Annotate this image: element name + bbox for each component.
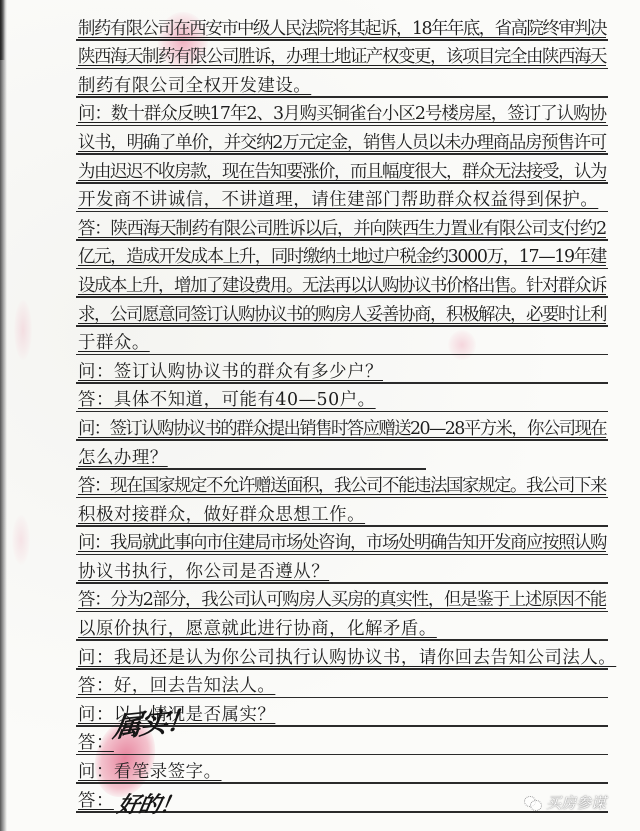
- underline-rule: [76, 211, 608, 213]
- record-line-text: 以原价执行，愿意就此进行协商，化解矛盾。: [78, 619, 437, 639]
- record-line: 亿元，造成开发成本上升，同时缴纳土地过户税金约3000万，17—19年建: [78, 243, 608, 272]
- record-line-text: 答：分为2部分，我公司认可购房人买房的真实性，但是鉴于上述原因不能: [78, 590, 606, 610]
- record-line-text: 积极对接群众，做好群众思想工作。: [78, 505, 365, 525]
- underline-rule: [76, 582, 608, 584]
- scan-left-edge-shadow: [0, 0, 7, 831]
- record-line-text: 答：具体不知道，可能有40—50户。: [78, 390, 376, 410]
- record-line: 问：签订认购协议书的群众有多少户？: [78, 357, 608, 386]
- record-line: 制药有限公司全权开发建设。: [78, 71, 608, 100]
- record-line: 答：好，回去告知法人。: [78, 672, 608, 701]
- underline-rule: [76, 68, 608, 70]
- underline-rule: [76, 153, 608, 155]
- record-line: 怎么办理？: [78, 443, 608, 472]
- underline-rule: [76, 468, 426, 470]
- record-line-text: 亿元，造成开发成本上升，同时缴纳土地过户税金约3000万，17—19年建: [78, 247, 606, 267]
- record-line: 答：分为2部分，我公司认可购房人买房的真实性，但是鉴于上述原因不能: [78, 586, 608, 615]
- underline-rule: [76, 639, 608, 641]
- record-line: 于群众。: [78, 329, 608, 358]
- record-line-text: 问：签订认购协议书的群众提出销售时答应赠送20—28平方米，你公司现在: [78, 419, 606, 439]
- record-line-text: 为由迟迟不收房款，现在告知要涨价，而且幅度很大，群众无法接受，认为: [78, 162, 606, 182]
- underline-rule: [76, 382, 608, 384]
- record-line-text: 问：数十群众反映17年2、3月购买铜雀台小区2号楼房屋，签订了认购协: [78, 104, 606, 124]
- record-line: 答：现在国家规定不允许赠送面积，我公司不能违法国家规定。我公司下来: [78, 472, 608, 501]
- underline-rule: [76, 125, 608, 127]
- record-line-text: 问：我局就此事向市住建局市场处咨询，市场处明确告知开发商应按照认购: [78, 533, 606, 553]
- underline-rule: [76, 525, 608, 527]
- record-line: 问：签订认购协议书的群众提出销售时答应赠送20—28平方米，你公司现在: [78, 414, 608, 443]
- record-lines: 制药有限公司在西安市中级人民法院将其起诉，18年年底，省高院终审判决陕西海天制药…: [78, 14, 608, 815]
- underline-rule: [76, 497, 608, 499]
- underline-rule: [76, 96, 608, 98]
- underline-rule: [76, 39, 608, 41]
- record-line: 设成本上升，增加了建设费用。无法再以认购协议书价格出售。针对群众诉: [78, 271, 608, 300]
- record-line-text: 怎么办理？: [78, 448, 168, 468]
- record-line: 问：数十群众反映17年2、3月购买铜雀台小区2号楼房屋，签订了认购协: [78, 100, 608, 129]
- record-line-text: 开发商不讲诚信，不讲道理，请住建部门帮助群众权益得到保护。: [78, 190, 598, 210]
- record-line-text: 问：签订认购协议书的群众有多少户？: [78, 362, 383, 382]
- record-line-text: 制药有限公司全权开发建设。: [78, 76, 311, 96]
- record-line: 协议书执行，你公司是否遵从？: [78, 557, 608, 586]
- red-seal-mark-edge: [14, 300, 32, 360]
- record-line-text: 议书，明确了单价，并交纳2万元定金，销售人员以未办理商品房预售许可: [78, 133, 606, 153]
- record-line-text: 求，公司愿意同签订认购协议书的购房人妥善协商，积极解决，必要时让利: [78, 305, 606, 325]
- record-line: 以原价执行，愿意就此进行协商，化解矛盾。: [78, 614, 608, 643]
- record-line: 为由迟迟不收房款，现在告知要涨价，而且幅度很大，群众无法接受，认为: [78, 157, 608, 186]
- underline-rule: [76, 325, 608, 327]
- underline-rule: [76, 754, 608, 756]
- record-line-text: 制药有限公司在西安市中级人民法院将其起诉，18年年底，省高院终审判决: [78, 19, 606, 39]
- record-line-text: 协议书执行，你公司是否遵从？: [78, 562, 329, 582]
- record-line-text: 答：好，回去告知法人。: [78, 676, 275, 696]
- record-line: 议书，明确了单价，并交纳2万元定金，销售人员以未办理商品房预售许可: [78, 128, 608, 157]
- record-line: 求，公司愿意同签订认购协议书的购房人妥善协商，积极解决，必要时让利: [78, 300, 608, 329]
- record-line: 答：陕西海天制药有限公司胜诉以后，并向陕西生力置业有限公司支付约2: [78, 214, 608, 243]
- record-line: 积极对接群众，做好群众思想工作。: [78, 500, 608, 529]
- underline-rule: [76, 611, 608, 613]
- record-line: 问：我局就此事向市住建局市场处咨询，市场处明确告知开发商应按照认购: [78, 529, 608, 558]
- record-line-text: 设成本上升，增加了建设费用。无法再以认购协议书价格出售。针对群众诉: [78, 276, 606, 296]
- red-seal-mark-edge: [12, 515, 30, 565]
- record-line: 问：看笔录签字。: [78, 757, 608, 786]
- record-line: 开发商不讲诚信，不讲道理，请住建部门帮助群众权益得到保护。: [78, 186, 608, 215]
- record-line: 问：我局还是认为你公司执行认购协议书，请你回去告知公司法人。: [78, 643, 608, 672]
- record-line-text: 于群众。: [78, 333, 150, 353]
- underline-rule: [76, 554, 608, 556]
- record-line-text: 答：: [78, 791, 114, 811]
- record-line-text: 问：我局还是认为你公司执行认购协议书，请你回去告知公司法人。: [78, 648, 616, 668]
- record-line-text: 答：: [78, 733, 114, 753]
- underline-rule: [76, 296, 608, 298]
- record-line-text: 陕西海天制药有限公司胜诉，办理土地证产权变更，该项目完全由陕西海天: [78, 47, 606, 67]
- underline-rule: [76, 439, 608, 441]
- document-page: 制药有限公司在西安市中级人民法院将其起诉，18年年底，省高院终审判决陕西海天制药…: [0, 0, 640, 831]
- record-line-text: 问：看笔录签字。: [78, 762, 222, 782]
- record-line-text: 答：陕西海天制药有限公司胜诉以后，并向陕西生力置业有限公司支付约2: [78, 219, 606, 239]
- record-line-text: 答：现在国家规定不允许赠送面积，我公司不能违法国家规定。我公司下来: [78, 476, 606, 496]
- underline-rule: [76, 268, 608, 270]
- record-line: 答：具体不知道，可能有40—50户。: [78, 386, 608, 415]
- watermark-label: 买房参谋: [546, 792, 606, 813]
- watermark: 买房参谋: [524, 792, 606, 813]
- underline-rule: [76, 354, 608, 356]
- wechat-icon: [524, 796, 542, 810]
- handwritten-signature-ok: 好的！: [115, 788, 183, 819]
- underline-rule: [76, 697, 608, 699]
- underline-rule: [76, 668, 608, 670]
- underline-rule: [76, 411, 608, 413]
- underline-rule: [76, 782, 608, 784]
- underline-rule: [76, 182, 608, 184]
- record-line: 制药有限公司在西安市中级人民法院将其起诉，18年年底，省高院终审判决: [78, 14, 608, 43]
- record-line: 陕西海天制药有限公司胜诉，办理土地证产权变更，该项目完全由陕西海天: [78, 43, 608, 72]
- scan-left-edge-shadow-top: [0, 0, 5, 60]
- underline-rule: [76, 239, 608, 241]
